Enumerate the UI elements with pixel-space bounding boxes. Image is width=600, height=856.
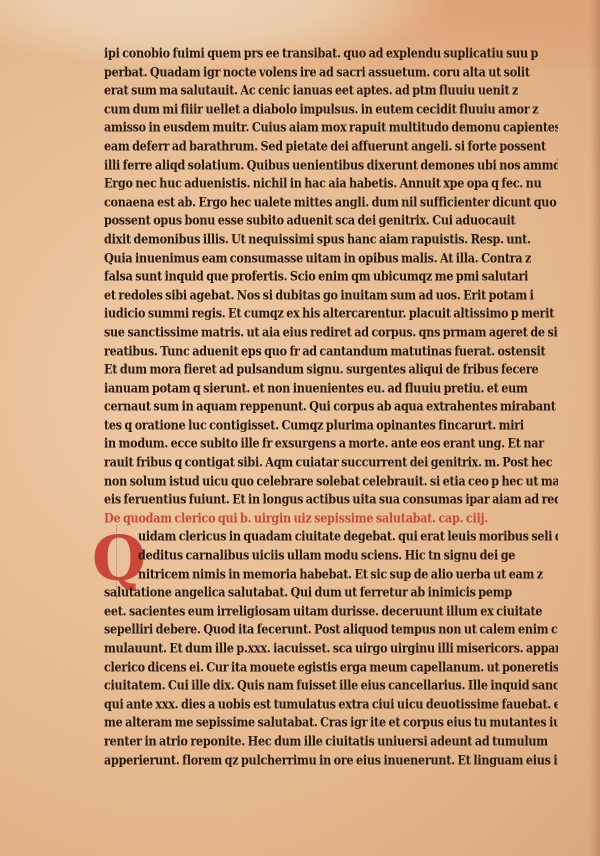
text-line: apperierunt. florem qz pulcherrimu in or… [104,749,558,770]
chapter-body: Q uidam clericus in quadam ciuitate dege… [104,527,558,769]
page-edge-shadow [590,0,600,856]
manuscript-text-block: ipi conobio fuimi quem prs ee transibat.… [104,44,558,769]
